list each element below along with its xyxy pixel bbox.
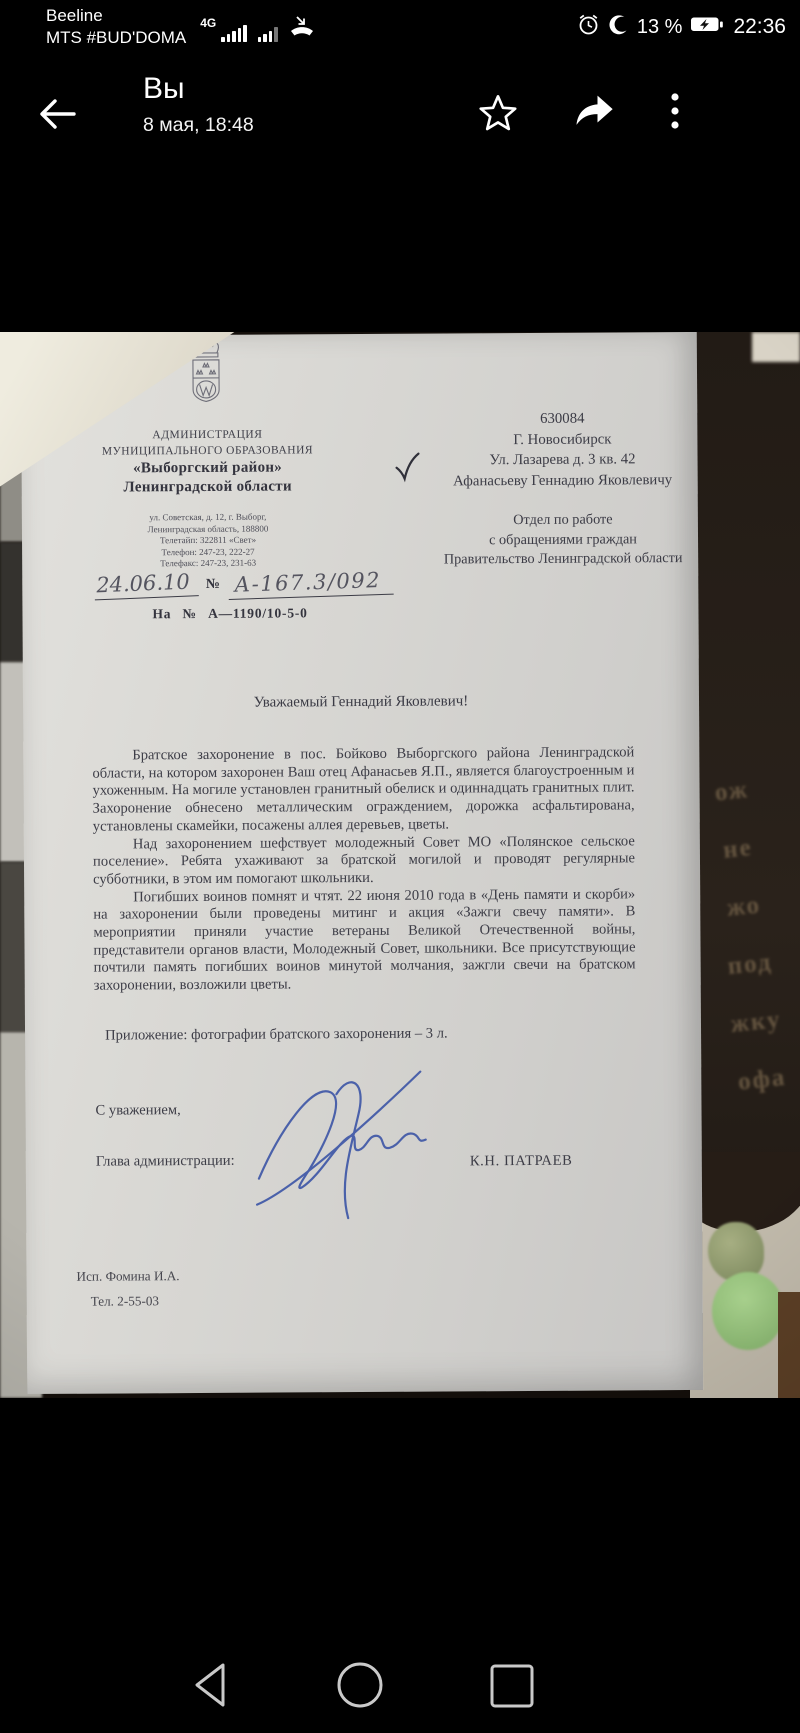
background-wood-table <box>778 1292 800 1398</box>
carrier-labels: Beeline MTS #BUD'DOMA <box>46 5 186 49</box>
clock-label: 22:36 <box>733 15 786 39</box>
signal-cluster: 4G <box>200 15 315 42</box>
ink-signature <box>250 1055 466 1226</box>
signal-strength-icon-sim2 <box>258 27 278 42</box>
letter-body: Братское захоронение в пос. Бойково Выбо… <box>92 744 636 995</box>
reference-line: 24.06.10 № А-167.3/092 <box>94 570 393 599</box>
battery-charging-icon <box>690 16 725 38</box>
android-nav-bar <box>0 1620 800 1733</box>
sender-title: Вы <box>143 71 254 107</box>
reply-to-number: На № А—1190/10-5-0 <box>152 605 307 622</box>
battery-percent-label: 13 % <box>637 16 683 39</box>
paragraph: Над захоронением шефствует молодежный Со… <box>93 833 635 889</box>
photo-viewer-header: Вы 8 мая, 18:48 <box>0 57 800 170</box>
nav-recents-button[interactable] <box>488 1663 536 1714</box>
recipient-department: Отдел по работе с обращениями граждан Пр… <box>410 510 716 570</box>
background-highlight <box>752 332 800 362</box>
alarm-icon <box>577 13 600 41</box>
missed-call-icon <box>289 15 315 42</box>
status-bar: Beeline MTS #BUD'DOMA 4G <box>0 0 800 57</box>
status-right-cluster: 13 % 22:36 <box>577 13 786 41</box>
handwritten-outgoing-number: А-167.3/092 <box>227 568 393 600</box>
closing-phrase: С уважением, <box>95 1102 180 1120</box>
handwritten-checkmark <box>393 452 419 484</box>
photo-of-letter[interactable]: ож не жо под жку офа <box>0 332 800 1398</box>
network-type-badge: 4G <box>200 18 216 28</box>
executor-contact: Исп. Фомина И.А. Тел. 2-55-03 <box>76 1263 179 1314</box>
back-button[interactable] <box>38 97 78 131</box>
header-titles: Вы 8 мая, 18:48 <box>143 71 254 137</box>
nav-back-button[interactable] <box>190 1660 230 1715</box>
number-sign-label: № <box>206 577 220 598</box>
attachment-note: Приложение: фотографии братского захорон… <box>105 1025 448 1044</box>
night-mode-moon-icon <box>608 14 629 40</box>
paragraph: Братское захоронение в пос. Бойково Выбо… <box>92 744 635 836</box>
carrier-line-2: MTS #BUD'DOMA <box>46 27 186 49</box>
executor-phone: Тел. 2-55-03 <box>77 1288 180 1314</box>
carrier-line-1: Beeline <box>46 5 186 27</box>
letter-document: АДМИНИСТРАЦИЯ МУНИЦИПАЛЬНОГО ОБРАЗОВАНИЯ… <box>21 332 703 1394</box>
signal-strength-icon-sim1 <box>221 25 247 42</box>
recipient-address: 630084 Г. Новосибирск Ул. Лазарева д. 3 … <box>409 408 715 492</box>
share-forward-button[interactable] <box>573 93 615 136</box>
salutation: Уважаемый Геннадий Яковлевич! <box>23 692 699 713</box>
handwritten-date: 24.06.10 <box>94 569 199 600</box>
favorite-star-button[interactable] <box>478 93 518 138</box>
executor-name: Исп. Фомина И.А. <box>76 1263 179 1289</box>
overflow-menu-button[interactable] <box>668 91 682 138</box>
letterhead-organization: АДМИНИСТРАЦИЯ МУНИЦИПАЛЬНОГО ОБРАЗОВАНИЯ… <box>57 426 357 497</box>
signer-position: Глава администрации: <box>96 1153 235 1171</box>
photo-date-label: 8 мая, 18:48 <box>143 114 254 137</box>
nav-home-button[interactable] <box>334 1660 386 1715</box>
signer-name: К.Н. ПАТРАЕВ <box>470 1153 573 1171</box>
paragraph: Погибших воинов помнят и чтят. 22 июня 2… <box>93 886 636 996</box>
letterhead-address: ул. Советская, д. 12, г. Выборг, Ленингр… <box>58 511 358 570</box>
